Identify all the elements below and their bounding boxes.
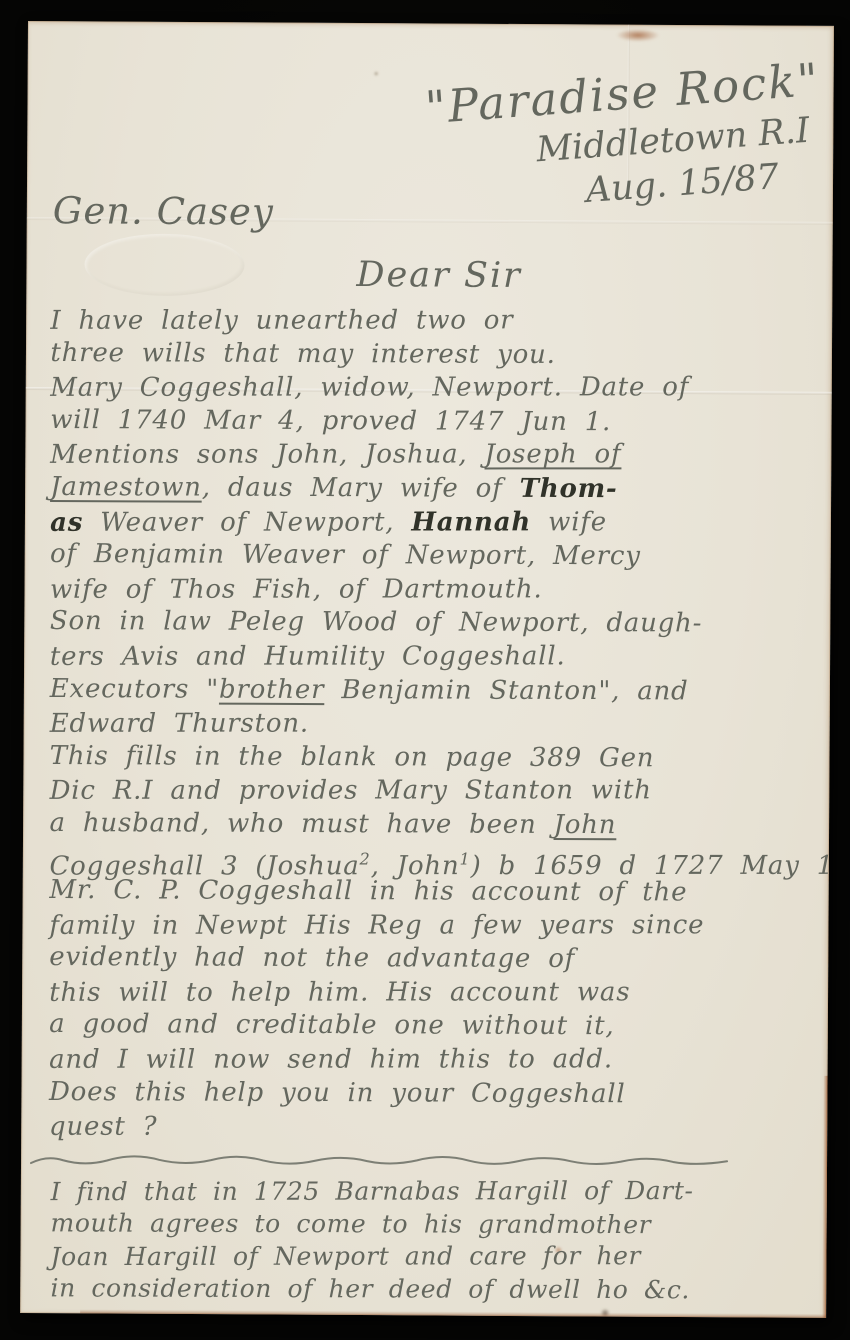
letter-line: three wills that may interest you. xyxy=(50,337,818,374)
rust-edge-right xyxy=(822,1076,827,1318)
letter-line: Executors "brother Benjamin Stanton", an… xyxy=(50,673,818,710)
letter-line: Son in law Peleg Wood of Newport, daugh- xyxy=(50,605,818,642)
recipient-line: Gen. Casey xyxy=(53,189,274,233)
letter-line: a good and creditable one without it, xyxy=(49,1008,817,1045)
letter-line: Dic R.I and provides Mary Stanton with xyxy=(50,774,818,808)
letter-line: mouth agrees to come to his grandmother xyxy=(51,1207,819,1242)
letter-line: family in Newpt His Reg a few years sinc… xyxy=(49,909,817,943)
letter-line: Mentions sons John, Joshua, Joseph of xyxy=(50,439,818,473)
letter-heading: "Paradise Rock" Middletown R.I Aug. 15/8… xyxy=(339,52,828,230)
wavy-divider xyxy=(29,1149,729,1171)
letter-line: Edward Thurston. xyxy=(50,707,818,741)
letter-body: I have lately unearthed two orthree will… xyxy=(49,304,818,1145)
letter-line: ters Avis and Humility Coggeshall. xyxy=(50,640,818,674)
letter-line: Does this help you in your Coggeshall xyxy=(49,1076,817,1113)
letter-line: wife of Thos Fish, of Dartmouth. xyxy=(50,573,818,607)
letter-line: and I will now send him this to add. xyxy=(49,1043,817,1077)
photo-background: "Paradise Rock" Middletown R.I Aug. 15/8… xyxy=(0,0,850,1340)
letter-line: Mary Coggeshall, widow, Newport. Date of xyxy=(50,371,818,405)
embossed-seal xyxy=(84,233,244,296)
letter-line: evidently had not the advantage of xyxy=(49,941,817,978)
rust-stain-top xyxy=(616,29,660,42)
letter-line: This fills in the blank on page 389 Gen xyxy=(50,740,818,777)
letter-line: Coggeshall 3 (Joshua2, John1) b 1659 d 1… xyxy=(49,842,817,876)
letter-line: Mr. C. P. Coggeshall in his account of t… xyxy=(49,874,817,911)
letter-line: a husband, who must have been John xyxy=(49,807,817,844)
letter-line: I find that in 1725 Barnabas Hargill of … xyxy=(51,1175,819,1209)
letter-line: quest ? xyxy=(49,1110,817,1144)
rust-edge-bottom xyxy=(80,1309,826,1318)
letter-line: this will to help him. His account was xyxy=(49,976,817,1010)
letter-line: Jamestown, daus Mary wife of Thom- xyxy=(50,471,818,508)
letter-paper: "Paradise Rock" Middletown R.I Aug. 15/8… xyxy=(20,21,834,1318)
greeting-line: Dear Sir xyxy=(356,255,522,296)
letter-line: will 1740 Mar 4, proved 1747 Jun 1. xyxy=(50,404,818,441)
letter-line: I have lately unearthed two or xyxy=(50,304,818,338)
letter-line: in consideration of her deed of dwell ho… xyxy=(50,1272,818,1307)
letter-postscript: I find that in 1725 Barnabas Hargill of … xyxy=(51,1175,819,1306)
letter-line: of Benjamin Weaver of Newport, Mercy xyxy=(50,538,818,575)
stain-speck xyxy=(374,71,379,76)
letter-line: as Weaver of Newport, Hannah wife xyxy=(50,506,818,540)
letter-line: Joan Hargill of Newport and care for her xyxy=(51,1240,819,1274)
